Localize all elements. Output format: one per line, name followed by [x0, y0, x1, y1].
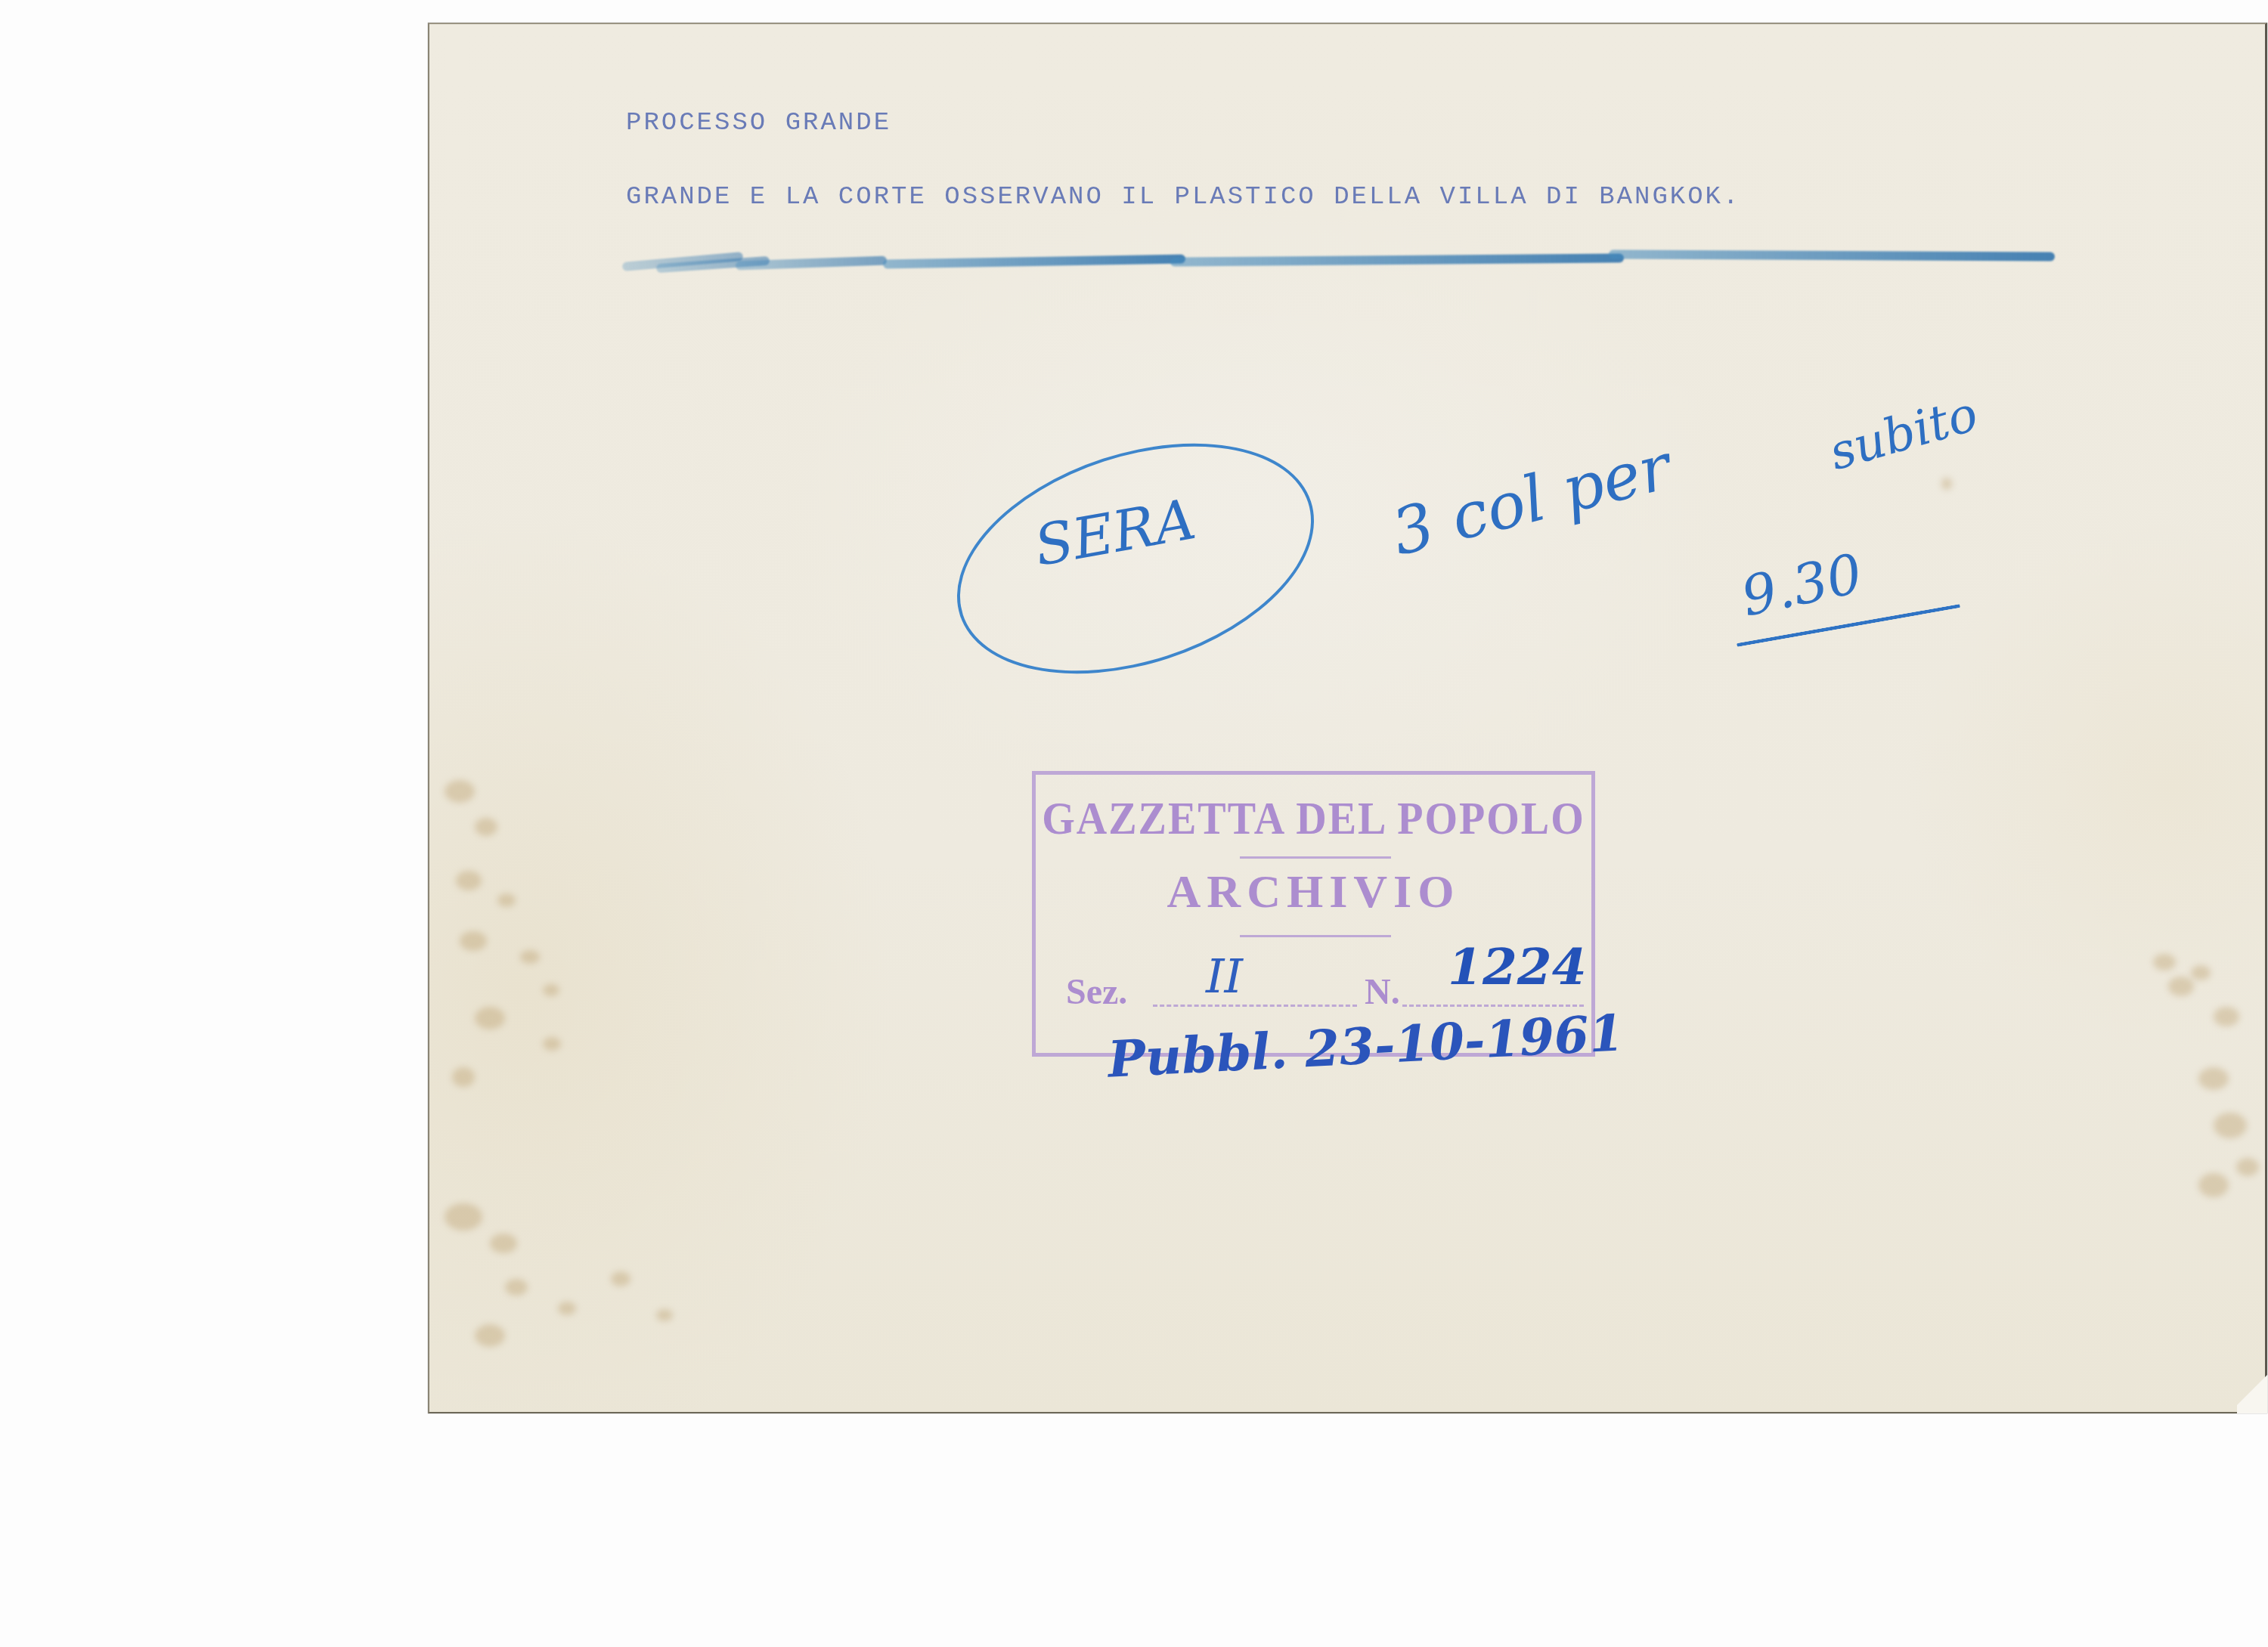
stain	[2153, 954, 2176, 971]
stamp-publication: GAZZETTA DEL POPOLO	[1036, 792, 1591, 845]
stamp-section-value: II	[1206, 949, 1243, 1004]
stain	[445, 780, 475, 803]
stain	[452, 1067, 475, 1087]
typed-title: PROCESSO GRANDE	[626, 109, 891, 138]
stain	[475, 1007, 505, 1029]
stain	[2198, 1173, 2229, 1197]
stamp-number-label: N.	[1365, 971, 1400, 1013]
stain	[2214, 1007, 2239, 1026]
stamp-department: ARCHIVIO	[1036, 865, 1591, 919]
handwritten-time: 9.30	[1736, 541, 1867, 628]
stain	[456, 871, 482, 890]
stain	[656, 1309, 673, 1321]
stain	[543, 1037, 561, 1051]
stain	[445, 1203, 482, 1231]
stain	[2191, 965, 2211, 980]
stain	[505, 1279, 528, 1296]
stain	[611, 1271, 631, 1286]
stamp-number-value: 1224	[1448, 937, 1587, 996]
stamp-section-label: Sez.	[1066, 971, 1127, 1013]
stain	[543, 984, 559, 996]
handwritten-columns: 3 col per	[1385, 429, 1678, 570]
stamp-divider	[1240, 935, 1391, 937]
crayon-stroke	[883, 255, 1185, 269]
stain	[490, 1234, 517, 1253]
stain	[475, 1324, 505, 1347]
stain	[475, 818, 497, 836]
stain	[2168, 977, 2194, 996]
crayon-stroke	[1170, 253, 1624, 266]
corner-fold	[2237, 1368, 2267, 1413]
stain	[460, 931, 487, 951]
stamp-dotted-line	[1153, 1005, 1357, 1007]
stain	[558, 1302, 576, 1315]
stain	[520, 950, 540, 964]
stain	[2214, 1113, 2247, 1138]
photo-back-paper: PROCESSO GRANDE GRANDE E LA CORTE OSSERV…	[428, 23, 2267, 1413]
stain	[2198, 1067, 2229, 1090]
stain	[497, 893, 516, 907]
stain	[1941, 478, 1952, 490]
stamp-divider	[1240, 856, 1391, 859]
typed-caption: GRANDE E LA CORTE OSSERVANO IL PLASTICO …	[626, 183, 1740, 212]
handwritten-subito: subito	[1823, 386, 1984, 481]
crayon-stroke	[1609, 249, 2055, 261]
stain	[2236, 1158, 2259, 1176]
